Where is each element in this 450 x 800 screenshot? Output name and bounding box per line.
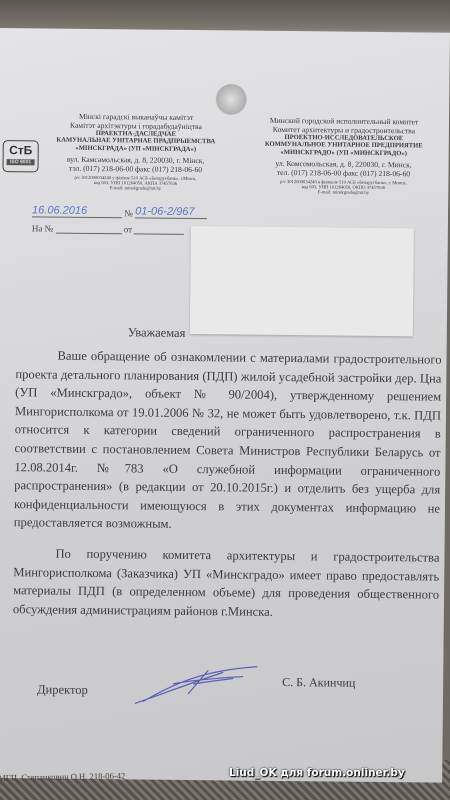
org-email: E-mail: minskgrado@tut.by <box>46 185 224 192</box>
number-label: № <box>124 208 133 218</box>
org-email: E-mail: minskgrado@tut.by <box>244 189 442 196</box>
reference-line: На № от <box>32 223 185 235</box>
signatory-name: С. Б. Акинчиц <box>282 675 355 691</box>
stb-certification-icon: СтБ ISO 9001 <box>2 140 38 172</box>
letterhead-russian: Минский городской исполнительный комитет… <box>244 117 443 197</box>
paragraph-2: По поручению комитета архитектуры и град… <box>13 544 440 623</box>
org-phone: тел. (017) 218-06-00 факс (017) 218-06-6… <box>244 168 442 179</box>
paragraph-1: Ваше обращение об ознакомлении с материа… <box>14 346 442 536</box>
outgoing-number: 01-06-2/967 <box>135 205 194 218</box>
registration-line: 16.06.2016 № 01-06-2/967 <box>32 204 207 219</box>
iso-label: ISO 9001 <box>7 159 35 165</box>
redaction-paper-overlay <box>190 226 414 336</box>
letter-body: Ваше обращение об ознакомлении с материа… <box>13 346 442 635</box>
greeting: Уважаемая <box>128 325 186 341</box>
signatory-role: Директор <box>37 682 88 698</box>
handwritten-signature-icon <box>133 663 263 712</box>
ref-number-label: На № <box>32 223 53 233</box>
state-emblem-icon <box>216 84 246 114</box>
org-phone: тэл. (017) 218-06-00 факс (017) 218-06-6… <box>46 164 224 174</box>
stb-symbol: СтБ <box>9 143 32 157</box>
outgoing-date: 16.06.2016 <box>32 204 87 217</box>
watermark: Liud_OK для forum.onliner.by <box>229 767 405 779</box>
ref-from-label: от <box>124 224 132 234</box>
letter-page: СтБ ISO 9001 Мінскі гарадскі выканаўчы к… <box>0 28 450 783</box>
letterhead-belarusian: Мінскі гарадскі выканаўчы камітэт Камітэ… <box>46 112 225 191</box>
